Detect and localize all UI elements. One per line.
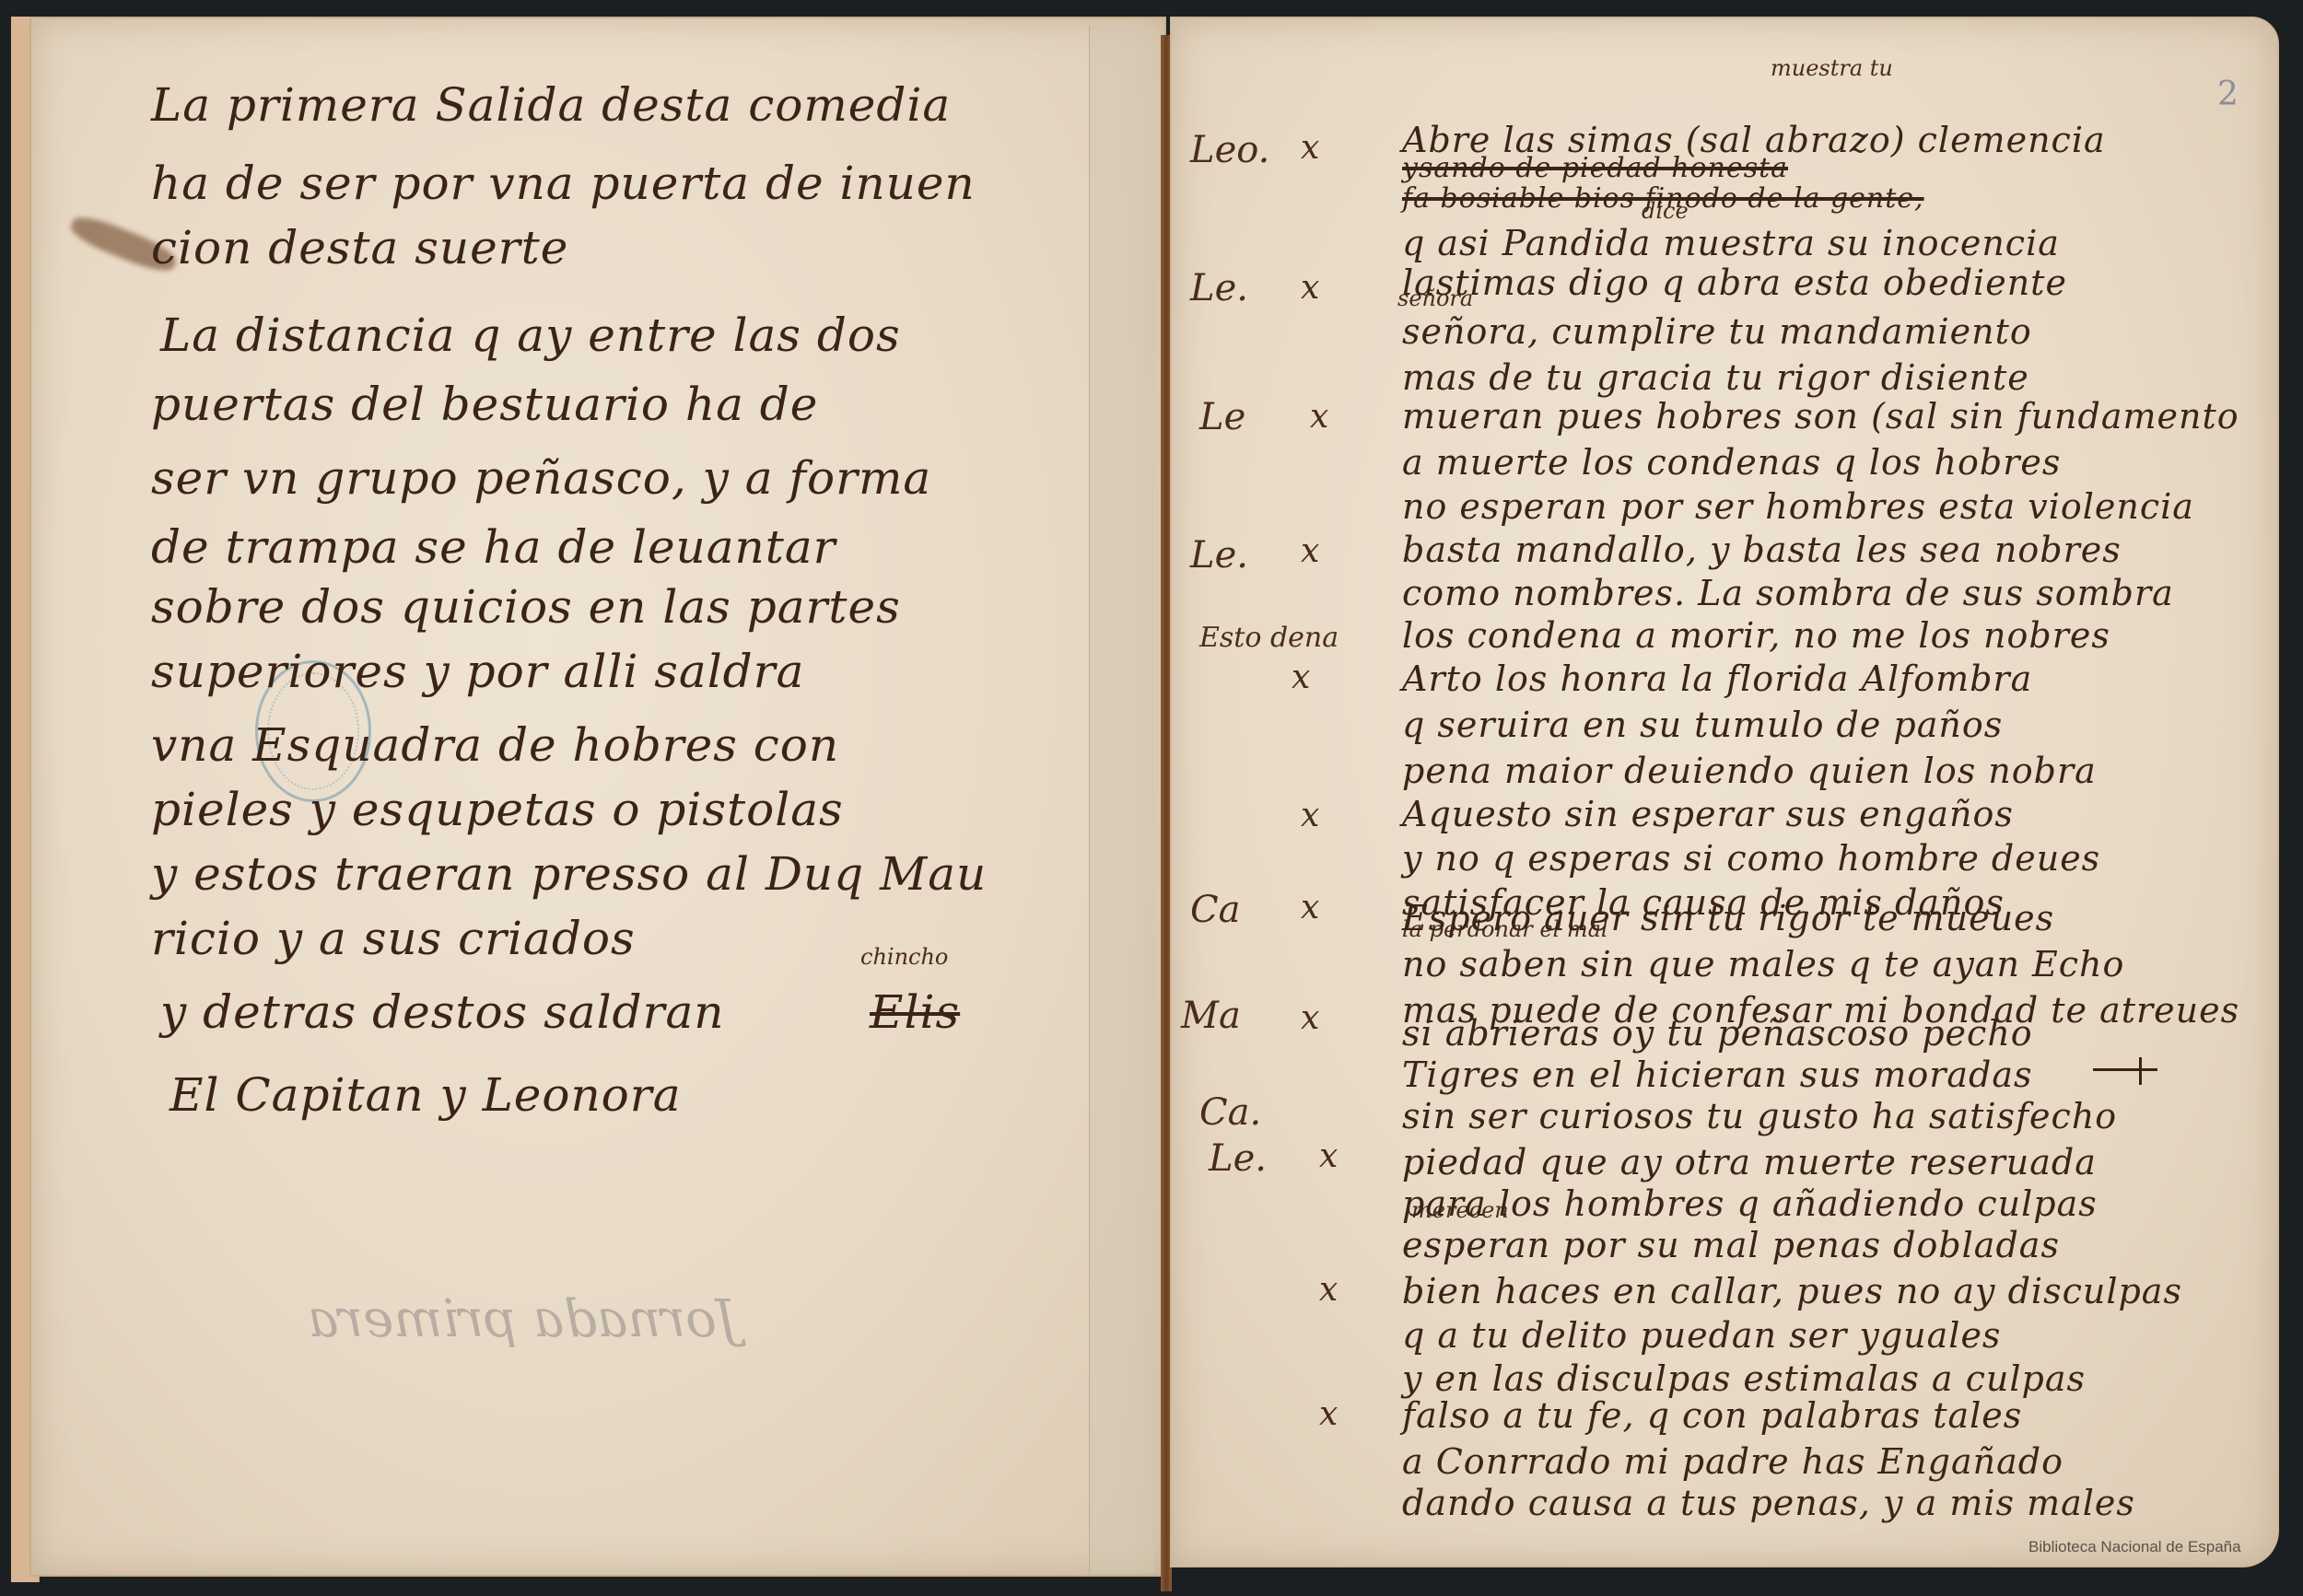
- verse-mark: x: [1319, 1271, 1338, 1309]
- left-line-7: de trampa se ha de leuantar: [151, 520, 836, 574]
- verse-line: mueran pues hobres son (sal sin fundamen…: [1402, 396, 2239, 437]
- verse-line: falso a tu fe, q con palabras tales: [1402, 1395, 2022, 1436]
- left-line-9: superiores y por alli saldra: [151, 645, 804, 698]
- left-line-8: sobre dos quicios en las partes: [151, 580, 901, 634]
- verse-mark: x: [1310, 398, 1328, 436]
- verse-line: y no q esperas si como hombre deues: [1402, 838, 2100, 879]
- verse-line: Aquesto sin esperar sus engaños: [1402, 794, 2014, 834]
- verse-mark: x: [1301, 269, 1319, 307]
- left-line-2: ha de ser por vna puerta de inuen: [151, 157, 976, 210]
- verse-mark: x: [1301, 797, 1319, 834]
- left-line-12: y estos traeran presso al Duq Mau: [151, 847, 987, 901]
- verse-mark: x: [1301, 532, 1319, 570]
- verse-mark: x: [1292, 658, 1310, 696]
- verse-line-struck: fa bosiable bios finodo de la gente,: [1402, 182, 1924, 215]
- open-manuscript: Jornada primera La primera Salida desta …: [11, 7, 2294, 1591]
- verse-line: a muerte los condenas q los hobres: [1402, 442, 2061, 483]
- speaker-label: Esto dena: [1199, 622, 1339, 654]
- verse-mark: x: [1301, 999, 1319, 1037]
- folio-number: 2: [2217, 76, 2239, 113]
- verse-line: para los hombres q añadiendo culpas: [1402, 1183, 2098, 1224]
- left-line-13: ricio y a sus criados: [151, 912, 636, 965]
- left-line-1: La primera Salida desta comedia: [151, 78, 951, 132]
- speaker-label: Ca.: [1199, 1091, 1261, 1134]
- verse-mark: x: [1319, 1137, 1338, 1175]
- verse-line: q asi Pandida muestra su inocencia: [1402, 223, 2060, 263]
- left-line-5: puertas del bestuario ha de: [151, 378, 818, 431]
- verse-line: bien haces en callar, pues no ay disculp…: [1402, 1271, 2182, 1311]
- speaker-label: Le.: [1190, 267, 1248, 309]
- speaker-label: Le: [1199, 396, 1245, 438]
- left-page: Jornada primera La primera Salida desta …: [29, 17, 1166, 1577]
- verse-line: señora, cumplire tu mandamiento: [1402, 311, 2032, 352]
- left-line-4: La distancia q ay entre las dos: [160, 309, 901, 362]
- verse-line: no esperan por ser hombres esta violenci…: [1402, 486, 2194, 527]
- annotation-muestra-tu: muestra tu: [1771, 55, 1893, 81]
- left-line-14: y detras destos saldran: [160, 985, 724, 1039]
- verse-mark: x: [1319, 1395, 1338, 1433]
- speaker-label: Ma: [1181, 995, 1241, 1037]
- verse-line: los condena a morir, no me los nobres: [1402, 615, 2110, 656]
- verse-line: basta mandallo, y basta les sea nobres: [1402, 530, 2122, 570]
- interlinear-annotation: chincho: [860, 944, 948, 970]
- verse-line: Espero auer sin tu rigor te mueues: [1402, 898, 2054, 938]
- speaker-label: Le.: [1209, 1137, 1267, 1180]
- verse-mark: x: [1301, 889, 1319, 926]
- verse-line: q a tu delito puedan ser yguales: [1402, 1315, 2001, 1356]
- verse-line: y en las disculpas estimalas a culpas: [1402, 1358, 2086, 1399]
- verse-line: q seruira en su tumulo de paños: [1402, 705, 2003, 745]
- verse-line: Tigres en el hicieran sus moradas: [1402, 1054, 2033, 1095]
- inner-paper-strip: [1089, 26, 1154, 1573]
- left-line-11: pieles y esqupetas o pistolas: [151, 783, 844, 836]
- verse-line: no saben sin que males q te ayan Echo: [1402, 944, 2124, 984]
- left-line-10: vna Esquadra de hobres con: [151, 718, 839, 772]
- verse-line: como nombres. La sombra de sus sombra: [1402, 573, 2174, 613]
- verse-line: lastimas digo q abra esta obediente: [1402, 262, 2067, 303]
- verse-line: piedad que ay otra muerte reseruada: [1402, 1142, 2097, 1182]
- right-page: 2 muestra tu dice señora la perdonar el …: [1170, 17, 2279, 1567]
- library-watermark: Biblioteca Nacional de España: [2028, 1538, 2241, 1556]
- speaker-label: Ca: [1190, 889, 1240, 931]
- struck-word: Elis: [870, 985, 960, 1039]
- verse-line: pena maior deuiendo quien los nobra: [1402, 751, 2097, 791]
- mirrored-bleedthrough: Jornada primera: [308, 1289, 737, 1349]
- verse-line: a Conrrado mi padre has Engañado: [1402, 1441, 2063, 1482]
- left-line-15: El Capitan y Leonora: [170, 1068, 682, 1122]
- margin-cross-tick: [2139, 1057, 2142, 1085]
- verse-line-struck: ysando de piedad honesta: [1402, 152, 1788, 184]
- verse-line: mas de tu gracia tu rigor disiente: [1402, 357, 2029, 398]
- margin-cross-line: [2093, 1068, 2157, 1071]
- verse-line: sin ser curiosos tu gusto ha satisfecho: [1402, 1096, 2117, 1136]
- left-line-3: cion desta suerte: [151, 221, 568, 274]
- verse-line: si abrieras oy tu peñascoso pecho: [1402, 1013, 2033, 1054]
- verse-mark: x: [1301, 129, 1319, 167]
- speaker-label: Leo.: [1190, 129, 1269, 171]
- verse-line: Arto los honra la florida Alfombra: [1402, 658, 2032, 699]
- verse-line: esperan por su mal penas dobladas: [1402, 1225, 2060, 1265]
- left-line-6: ser vn grupo peñasco, y a forma: [151, 451, 931, 505]
- speaker-label: Le.: [1190, 534, 1248, 577]
- verse-line: dando causa a tus penas, y a mis males: [1402, 1483, 2135, 1523]
